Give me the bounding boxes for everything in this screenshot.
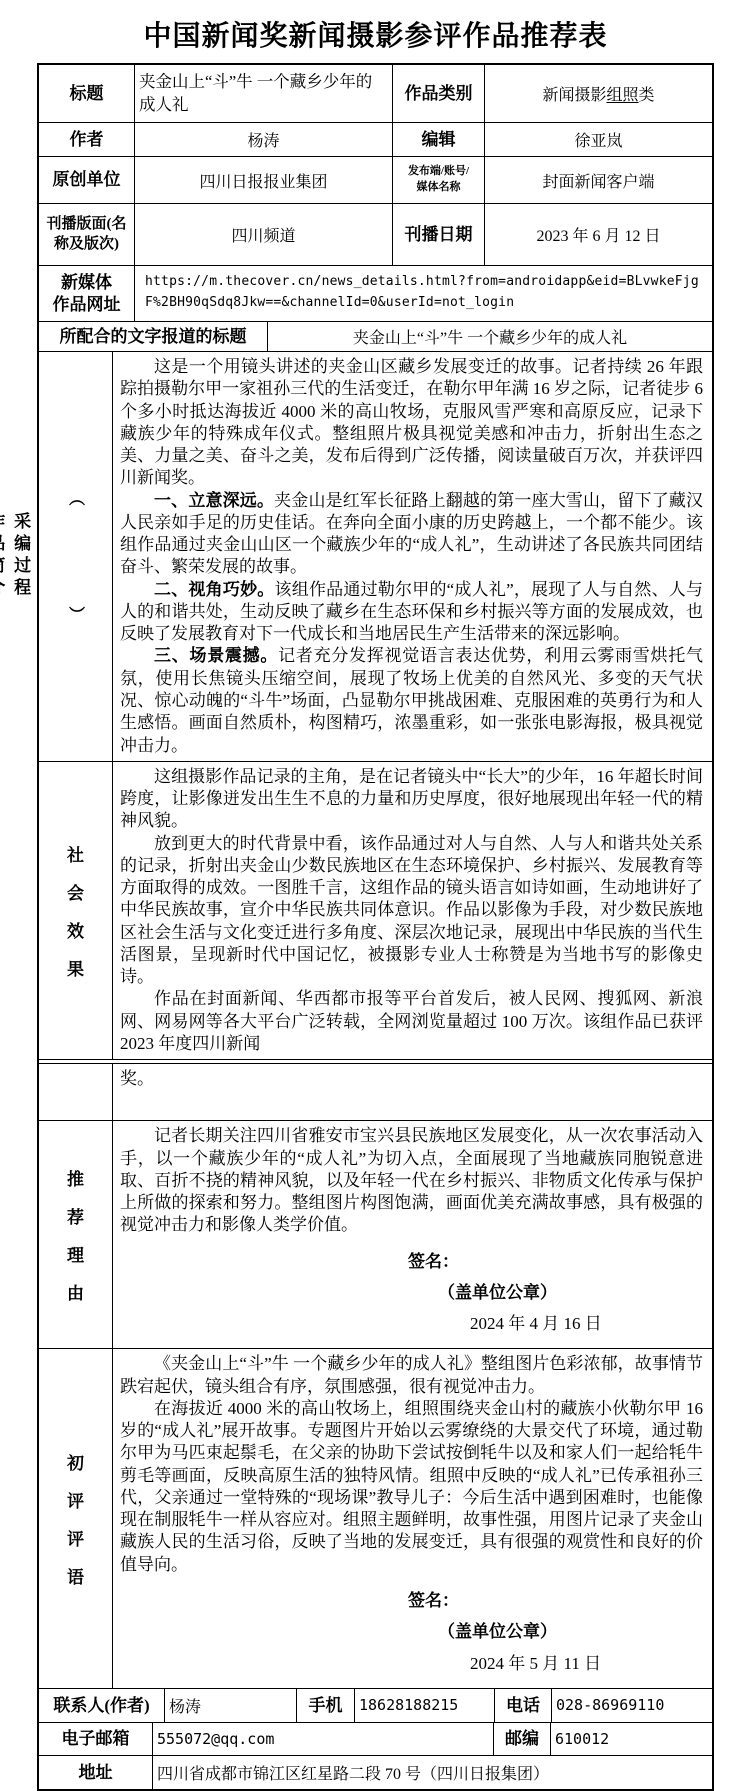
category-suffix: 类	[639, 87, 655, 104]
row-address: 地址 四川省成都市锦江区红星路二段 70 号（四川日报集团）	[39, 1755, 712, 1789]
intro-label-left: 作品简介	[0, 512, 5, 600]
seal-note: （盖单位公章）	[120, 1621, 703, 1643]
paragraph: 三、场景震撼。记者充分发挥视觉语言表达优势，利用云雾雨雪烘托气氛，使用长焦镜头压…	[120, 645, 703, 756]
text-report-value: 夹金山上“斗”牛 一个藏乡少年的成人礼	[267, 322, 712, 351]
contact-person-label: 联系人(作者)	[39, 1689, 164, 1722]
paragraph: 作品在封面新闻、华西都市报等平台首发后，被人民网、搜狐网、新浪网、网易网等各大平…	[120, 988, 703, 1055]
title-value: 夹金山上“斗”牛 一个藏乡少年的成人礼	[139, 71, 388, 116]
mobile-value: 18628188215	[354, 1689, 494, 1722]
paren-open: （	[67, 490, 83, 506]
row-edition: 刊播版面(名称及版次) 四川频道 刊播日期 2023 年 6 月 12 日	[39, 203, 712, 265]
paren-close: ）	[67, 606, 83, 622]
review-text-cell: 《夹金山上“斗”牛 一个藏乡少年的成人礼》整组图片色彩浓郁，故事情节跌宕起伏，镜…	[112, 1349, 712, 1687]
category-label: 作品类别	[392, 65, 484, 122]
signature-label: 签名：	[120, 1590, 703, 1612]
intro-label-right: 采编过程	[8, 512, 31, 600]
row-author: 作者 杨涛 编辑 徐亚岚	[39, 122, 712, 156]
editor-value: 徐亚岚	[484, 123, 712, 156]
mobile-label: 手机	[296, 1689, 354, 1722]
overflow-text: 奖。	[120, 1068, 703, 1090]
row-org: 原创单位 四川日报报业集团 发布端/账号/ 媒体名称 封面新闻客户端	[39, 156, 712, 203]
postcode-label: 邮编	[493, 1723, 550, 1755]
social-overflow-cell: 奖。	[112, 1064, 712, 1120]
social-label-cell: 社 会 效 果	[39, 762, 112, 1059]
editor-label: 编辑	[392, 123, 484, 156]
url-value-cell: https://m.thecover.cn/news_details.html?…	[134, 266, 712, 321]
paragraph: 这是一个用镜头讲述的夹金山区藏乡发展变迁的故事。记者持续 26 年跟踪拍摄勒尔甲…	[120, 356, 703, 490]
row-email: 电子邮箱 555072@qq.com 邮编 610012	[39, 1722, 712, 1755]
url-label: 新媒体 作品网址	[53, 272, 121, 315]
org-label: 原创单位	[39, 157, 134, 203]
paragraph: 在海拔近 4000 米的高山牧场上，组照围绕夹金山村的藏族小伙勒尔甲 16 岁的…	[120, 1398, 703, 1576]
row-intro-section: （ 作品简介 采编过程 ） 这是一个用镜头讲述的夹金山区藏乡发展变迁的故事。记者…	[39, 351, 712, 761]
recommend-label-cell: 推 荐 理 由	[39, 1121, 112, 1348]
author-label: 作者	[39, 123, 134, 156]
url-label-cell: 新媒体 作品网址	[39, 266, 134, 321]
recommend-signature-block: 签名： （盖单位公章） 2024 年 4 月 16 日	[120, 1251, 703, 1336]
paragraph: 记者长期关注四川省雅安市宝兴县民族地区发展变化，从一次农事活动入手，以一个藏族少…	[120, 1125, 703, 1236]
intro-label-cell: （ 作品简介 采编过程 ）	[39, 352, 112, 761]
row-text-report-title: 所配合的文字报道的标题 夹金山上“斗”牛 一个藏乡少年的成人礼	[39, 321, 712, 351]
category-value: 新闻摄影组照类	[542, 82, 654, 105]
contact-person-value: 杨涛	[164, 1689, 296, 1722]
row-recommend-section: 推 荐 理 由 记者长期关注四川省雅安市宝兴县民族地区发展变化，从一次农事活动入…	[39, 1120, 712, 1348]
empty-label-cell	[39, 1064, 112, 1120]
row-url: 新媒体 作品网址 https://m.thecover.cn/news_deta…	[39, 265, 712, 321]
address-label: 地址	[39, 1756, 152, 1789]
paragraph: 一、立意深远。夹金山是红军长征路上翻越的第一座大雪山，留下了藏汉人民亲如手足的历…	[120, 490, 703, 579]
row-review-section: 初 评 评 语 《夹金山上“斗”牛 一个藏乡少年的成人礼》整组图片色彩浓郁，故事…	[39, 1348, 712, 1687]
row-title: 标题 夹金山上“斗”牛 一个藏乡少年的成人礼 作品类别 新闻摄影组照类	[39, 65, 712, 122]
author-value: 杨涛	[134, 123, 392, 156]
text-report-label: 所配合的文字报道的标题	[39, 322, 267, 351]
paragraph: 《夹金山上“斗”牛 一个藏乡少年的成人礼》整组图片色彩浓郁，故事情节跌宕起伏，镜…	[120, 1353, 703, 1398]
signature-date: 2024 年 4 月 16 日	[120, 1313, 703, 1335]
postcode-value: 610012	[550, 1723, 712, 1755]
pubdate-label: 刊播日期	[392, 204, 484, 265]
org-value: 四川日报报业集团	[134, 157, 392, 203]
pubdate-value: 2023 年 6 月 12 日	[484, 204, 712, 265]
paragraph: 这组摄影作品记录的主角，是在记者镜头中“长大”的少年，16 年超长时间跨度，让影…	[120, 766, 703, 833]
email-value: 555072@qq.com	[152, 1723, 493, 1755]
email-label: 电子邮箱	[39, 1723, 152, 1755]
paragraph: 二、视角巧妙。该组作品通过勒尔甲的“成人礼”，展现了人与自然、人与人的和谐共处，…	[120, 579, 703, 646]
recommendation-form-table: 标题 夹金山上“斗”牛 一个藏乡少年的成人礼 作品类别 新闻摄影组照类 作者 杨…	[37, 63, 714, 1791]
signature-label: 签名：	[120, 1251, 703, 1273]
row-contact-person: 联系人(作者) 杨涛 手机 18628188215 电话 028-8696911…	[39, 1688, 712, 1722]
recommend-text-cell: 记者长期关注四川省雅安市宝兴县民族地区发展变化，从一次农事活动入手，以一个藏族少…	[112, 1121, 712, 1348]
title-value-cell: 夹金山上“斗”牛 一个藏乡少年的成人礼	[134, 65, 392, 122]
social-vertical-label: 社 会 效 果	[43, 841, 108, 980]
seal-note: （盖单位公章）	[120, 1282, 703, 1304]
category-value-cell: 新闻摄影组照类	[484, 65, 712, 122]
signature-date: 2024 年 5 月 11 日	[120, 1653, 703, 1675]
row-social-overflow: 奖。	[39, 1063, 712, 1120]
page-title: 中国新闻奖新闻摄影参评作品推荐表	[0, 0, 751, 63]
recommend-vertical-label: 推 荐 理 由	[43, 1165, 108, 1304]
url-link[interactable]: https://m.thecover.cn/news_details.html?…	[145, 274, 699, 310]
edition-label: 刊播版面(名称及版次)	[39, 204, 134, 265]
address-value: 四川省成都市锦江区红星路二段 70 号（四川日报集团）	[152, 1756, 712, 1789]
paragraph: 放到更大的时代背景中看，该作品通过对人与自然、人与人和谐共处关系的记录，折射出夹…	[120, 833, 703, 989]
intro-vertical-label: （ 作品简介 采编过程 ）	[43, 490, 108, 622]
review-label-cell: 初 评 评 语	[39, 1349, 112, 1687]
platform-label: 发布端/账号/ 媒体名称	[408, 164, 469, 196]
social-text-cell: 这组摄影作品记录的主角，是在记者镜头中“长大”的少年，16 年超长时间跨度，让影…	[112, 762, 712, 1059]
platform-label-cell: 发布端/账号/ 媒体名称	[392, 157, 484, 203]
row-social-section: 社 会 效 果 这组摄影作品记录的主角，是在记者镜头中“长大”的少年，16 年超…	[39, 761, 712, 1059]
edition-value: 四川频道	[134, 204, 392, 265]
phone-value: 028-86969110	[551, 1689, 712, 1722]
review-vertical-label: 初 评 评 语	[43, 1449, 108, 1588]
intro-text-cell: 这是一个用镜头讲述的夹金山区藏乡发展变迁的故事。记者持续 26 年跟踪拍摄勒尔甲…	[112, 352, 712, 761]
category-prefix: 新闻摄影	[542, 87, 606, 104]
title-label: 标题	[39, 65, 134, 122]
phone-label: 电话	[494, 1689, 551, 1722]
category-underlined: 组照	[606, 87, 638, 104]
review-signature-block: 签名： （盖单位公章） 2024 年 5 月 11 日	[120, 1590, 703, 1675]
platform-value: 封面新闻客户端	[484, 157, 712, 203]
